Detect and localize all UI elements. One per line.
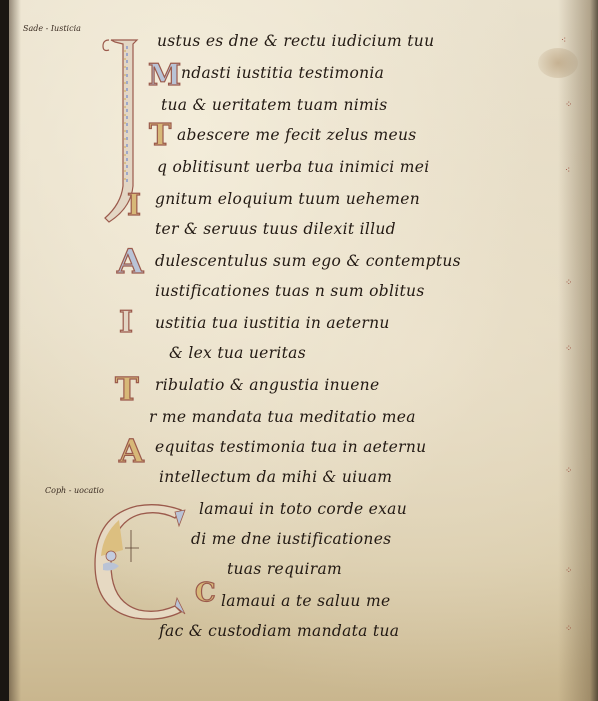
text-line-3: tua & ueritatem tuam nimis bbox=[161, 96, 388, 114]
text-line-19: lamaui a te saluu me bbox=[221, 592, 390, 610]
text-line-9: iustificationes tuas n sum oblitus bbox=[155, 282, 425, 300]
text-line-4: abescere me fecit zelus meus bbox=[177, 126, 417, 144]
text-line-7: ter & seruus tuus dilexit illud bbox=[155, 220, 396, 238]
text-line-10: ustitia tua iustitia in aeternu bbox=[155, 314, 390, 332]
text-line-20: fac & custodiam mandata tua bbox=[159, 622, 399, 640]
initial-i2: I bbox=[127, 188, 141, 223]
parchment-stain bbox=[538, 48, 578, 78]
verse-dots-icon: ⁘ bbox=[565, 102, 573, 108]
verse-dots-icon: ⁘ bbox=[565, 468, 573, 474]
verse-dots-icon: ⁖ bbox=[565, 168, 570, 174]
rubric-coph: Coph - uocatio bbox=[45, 486, 104, 495]
text-line-16: lamaui in toto corde exau bbox=[199, 500, 407, 518]
initial-m: M bbox=[148, 58, 181, 93]
text-line-5: q oblitisunt uerba tua inimici mei bbox=[157, 158, 429, 176]
text-line-8: dulescentulus sum ego & contemptus bbox=[155, 252, 461, 270]
verse-dots-icon: ⁘ bbox=[565, 626, 573, 632]
rubric-sade: Sade - Iusticia bbox=[23, 24, 81, 33]
initial-t1: T bbox=[149, 118, 171, 153]
manuscript-page: Sade - Iusticia Coph - uocatio M T I A I… bbox=[9, 0, 598, 701]
initial-a1: A bbox=[117, 242, 143, 282]
text-line-14: equitas testimonia tua in aeternu bbox=[155, 438, 426, 456]
text-line-15: intellectum da mihi & uiuam bbox=[159, 468, 392, 486]
initial-c-small: C bbox=[195, 578, 216, 608]
text-line-18: tuas requiram bbox=[227, 560, 342, 578]
text-line-6: gnitum eloquium tuum uehemen bbox=[155, 190, 420, 208]
text-line-17: di me dne iustificationes bbox=[191, 530, 391, 548]
initial-i3: I bbox=[119, 305, 133, 340]
initial-t2: T bbox=[115, 370, 139, 408]
text-line-2: ndasti iustitia testimonia bbox=[181, 64, 384, 82]
text-line-12: ribulatio & angustia inuene bbox=[155, 376, 379, 394]
text-line-11: & lex tua ueritas bbox=[169, 344, 306, 362]
margin-ruling bbox=[591, 30, 592, 650]
initial-a2: A bbox=[119, 432, 144, 470]
text-line-13: r me mandata tua meditatio mea bbox=[149, 408, 416, 426]
verse-dots-icon: ⁘ bbox=[565, 346, 573, 352]
verse-dots-icon: ⁘ bbox=[565, 568, 573, 574]
verse-dots-icon: ⁖ bbox=[561, 38, 566, 44]
initial-c-decorated-icon bbox=[89, 500, 199, 625]
verse-dots-icon: ⁘ bbox=[565, 280, 573, 286]
text-line-1: ustus es dne & rectu iudicium tuu bbox=[157, 32, 434, 50]
